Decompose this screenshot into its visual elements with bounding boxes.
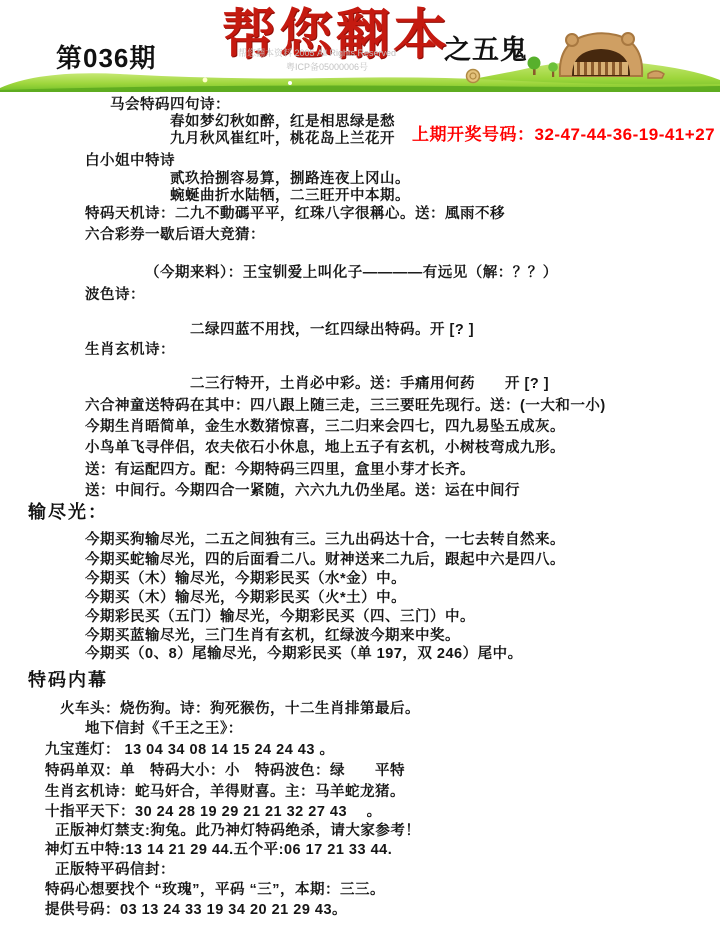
text-line-numbers: 九宝莲灯： 13 04 34 08 14 15 24 24 43 。 bbox=[45, 738, 334, 759]
snail-illustration bbox=[467, 70, 480, 83]
text-line: 今期彩民买（五门）输尽光，今期彩民买（四、三门）中。 bbox=[85, 605, 475, 626]
section-header-neimu: 特码内幕 bbox=[28, 666, 108, 692]
text-line-tianji: 特码天机诗：二九不動碼平平，红珠八字很稱心。送：風雨不移 bbox=[85, 202, 505, 223]
text-line: 送：中间行。今期四合一紧随，六六九九仍坐尾。送：运在中间行 bbox=[85, 479, 520, 500]
flyer-page: 第036期 帮您翻本之五鬼 帮您翻本资料 2005 All Rights Res… bbox=[0, 0, 720, 942]
page-subtitle: 之五鬼 bbox=[444, 28, 528, 67]
text-line: 特码单双：单 特码大小：小 特码波色：绿 平特 bbox=[45, 759, 405, 780]
text-line: 火车头：烧伤狗。诗：狗死猴伤，十二生肖排第最后。 bbox=[60, 697, 420, 718]
text-line: 今期买狗输尽光，二五之间独有三。三九出码达十合，一七去转自然来。 bbox=[85, 528, 565, 549]
flower-dot bbox=[203, 78, 208, 83]
text-line: 九月秋风崔红叶，桃花岛上兰花开 bbox=[170, 127, 395, 148]
text-line-numbers: 神灯五中特:13 14 21 29 44.五个平:06 17 21 33 44. bbox=[45, 838, 392, 859]
text-line: 今期买（0、8）尾输尽光，今期彩民买（单 197，双 246）尾中。 bbox=[85, 642, 523, 663]
section-header-shujinguang: 输尽光： bbox=[28, 498, 108, 524]
text-line: 今期买（木）输尽光，今期彩民买（火*土）中。 bbox=[85, 586, 406, 607]
text-line: 二绿四蓝不用找，一红四绿出特码。开 [? ] bbox=[190, 318, 474, 339]
text-line: 送：有运配四方。配：今期特码三四里，盒里小芽才长齐。 bbox=[85, 458, 475, 479]
text-line: 今期买（木）输尽光，今期彩民买（水*金）中。 bbox=[85, 567, 406, 588]
text-line-shengxiao: 生肖玄机诗： bbox=[85, 338, 175, 359]
text-line-laijiao: （今期来料）：王宝钏爱上叫化子————有远见（解：？？） bbox=[145, 261, 558, 282]
text-line-numbers: 提供号码：03 13 24 33 19 34 20 21 29 43。 bbox=[45, 898, 347, 919]
text-line: 今期生肖晤简单，金生水数猪惊喜，三二归来会四七，四九易坠五成灰。 bbox=[85, 415, 565, 436]
text-line: 特码心想要找个 “玫瑰”，平码 “三”，本期：三三。 bbox=[45, 878, 385, 899]
text-line: 小鸟单飞寻伴侣，农夫依石小休息，地上五子有玄机，小树枝弯成九形。 bbox=[85, 436, 565, 457]
text-line: 正版特平码信封： bbox=[55, 858, 175, 879]
text-line: 今期买蛇输尽光，四的后面看二八。财神送来二九后，跟起中六是四八。 bbox=[85, 548, 565, 569]
last-draw-numbers: 上期开奖号码：32-47-44-36-19-41+27 bbox=[412, 120, 715, 145]
text-line-numbers: 十指平天下：30 24 28 19 29 21 21 32 27 43 。 bbox=[45, 800, 382, 821]
text-line: 生肖玄机诗：蛇马奸合，羊得财喜。主：马羊蛇龙猪。 bbox=[45, 780, 405, 801]
text-line: 地下信封《千王之王》： bbox=[85, 717, 243, 738]
masthead: 帮您翻本之五鬼 bbox=[222, 8, 542, 67]
flower-dot bbox=[288, 81, 292, 85]
text-line-xiehouyu: 六合彩券一歇后语大竞猜： bbox=[85, 223, 265, 244]
issue-number: 第036期 bbox=[56, 38, 156, 75]
text-line-baixiaojie: 白小姐中特诗 bbox=[85, 149, 175, 170]
text-line: 正版神灯禁支:狗兔。此乃神灯特码绝杀，请大家参考！ bbox=[55, 819, 420, 840]
text-line-boseshi: 波色诗： bbox=[85, 283, 145, 304]
text-line: 六合神童送特码在其中：四八跟上随三走，三三要旺先现行。送：(一大和一小) bbox=[85, 394, 606, 415]
page-title: 帮您翻本 bbox=[222, 8, 450, 62]
text-line: 二三行特开，土肖必中彩。送：手痛用何药 开 [? ] bbox=[190, 372, 549, 393]
